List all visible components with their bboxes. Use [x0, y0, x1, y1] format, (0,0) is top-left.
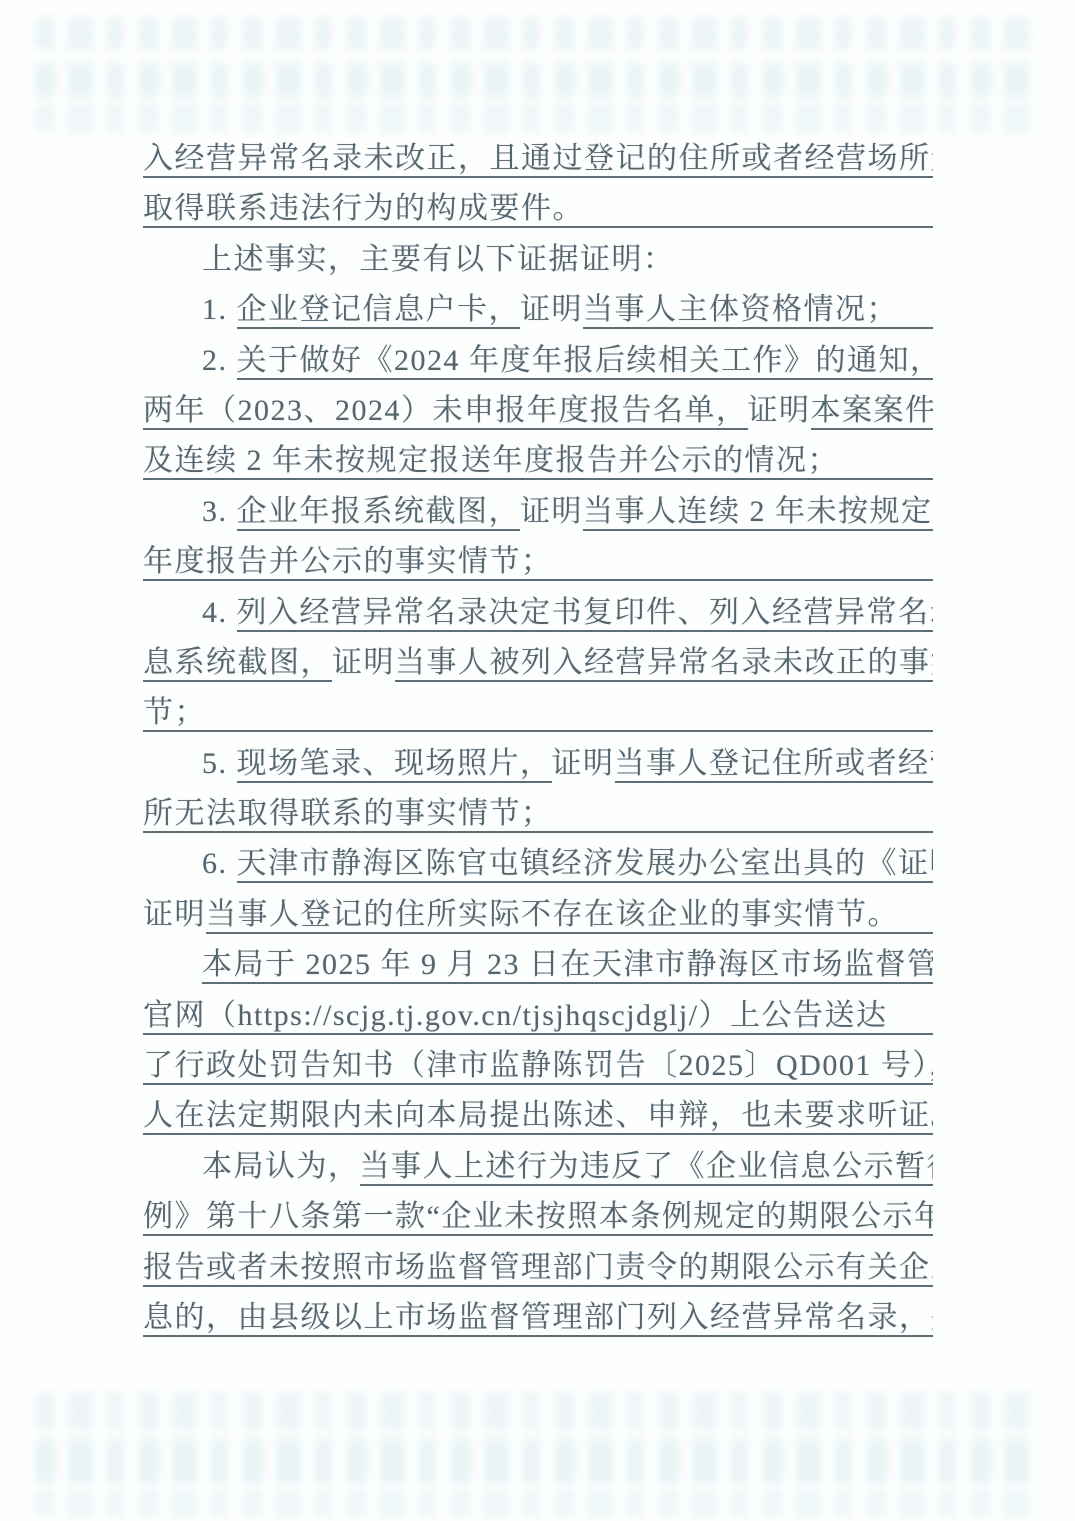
underlined-text-segment: 官网（https://scjg.tj.gov.cn/tjsjhqscjdglj/… [143, 997, 888, 1035]
text-line: 息的，由县级以上市场监督管理部门列入经营异常名录，并依 [143, 1299, 933, 1349]
ruled-line-fill [553, 543, 934, 581]
text-line: 年度报告并公示的事实情节； [143, 543, 933, 593]
text-line: 人在法定期限内未向本局提出陈述、申辩，也未要求听证。 [143, 1097, 933, 1147]
underlined-text-segment: 当事人主体资格情况； [583, 291, 898, 329]
underlined-text-segment: 例》第十八条第一款“企业未按照本条例规定的期限公示年度 [143, 1198, 933, 1236]
scanned-document-page: 入经营异常名录未改正，且通过登记的住所或者经营场所无法取得联系违法行为的构成要件… [0, 0, 1075, 1521]
text-line: 所无法取得联系的事实情节； [143, 795, 933, 845]
underlined-text-segment: 列入经营异常名录决定书复印件、列入经营异常名录信 [237, 594, 934, 632]
text-line: 及连续 2 年未按规定报送年度报告并公示的情况； [143, 442, 933, 492]
text-line: 本局认为，当事人上述行为违反了《企业信息公示暂行条 [143, 1148, 933, 1198]
text-line: 4. 列入经营异常名录决定书复印件、列入经营异常名录信 [143, 594, 933, 644]
ruled-line-fill [899, 896, 933, 934]
underlined-text-segment: 取得联系违法行为的构成要件。 [143, 190, 584, 228]
text-line: 例》第十八条第一款“企业未按照本条例规定的期限公示年度 [143, 1198, 933, 1248]
underlined-text-segment: 所无法取得联系的事实情节； [143, 795, 553, 833]
underlined-text-segment: 当事人连续 2 年未按规定报送 [583, 493, 933, 531]
bleed-through-row [35, 1490, 1040, 1516]
ruled-line-fill [553, 795, 934, 833]
text-segment: 证明 [143, 896, 206, 934]
underlined-text-segment: 当事人登记的住所实际不存在该企业的事实情节。 [206, 896, 899, 934]
bleed-through-row [35, 18, 1040, 50]
underlined-text-segment: 本局于 2025 年 9 月 23 日在天津市静海区市场监督管理局 [202, 946, 933, 984]
text-line: 两年（2023、2024）未申报年度报告名单，证明本案案件来源 [143, 392, 933, 442]
ruled-line-fill [839, 442, 933, 480]
bleed-through-row [35, 104, 1040, 132]
text-line: 入经营异常名录未改正，且通过登记的住所或者经营场所无法 [143, 140, 933, 190]
text-segment: 1. [202, 291, 237, 329]
underlined-text-segment: 报告或者未按照市场监督管理部门责令的期限公示有关企业信 [143, 1249, 933, 1287]
underlined-text-segment: 当事人上述行为违反了《企业信息公示暂行条 [360, 1148, 934, 1186]
ruled-line-fill [888, 997, 933, 1035]
text-line: 3. 企业年报系统截图，证明当事人连续 2 年未按规定报送 [143, 493, 933, 543]
ruled-line-fill [206, 694, 933, 732]
ruled-line-fill [898, 291, 933, 329]
underlined-text-segment: 天津市静海区陈官屯镇经济发展办公室出具的《证明》， [237, 845, 934, 883]
text-segment: 3. [202, 493, 237, 531]
underlined-text-segment: 当事人被列入经营异常名录未改正的事实情 [395, 644, 933, 682]
document-body: 入经营异常名录未改正，且通过登记的住所或者经营场所无法取得联系违法行为的构成要件… [143, 140, 933, 1349]
text-segment: 2. [202, 342, 237, 380]
text-line: 6. 天津市静海区陈官屯镇经济发展办公室出具的《证明》， [143, 845, 933, 895]
text-segment: 6. [202, 845, 237, 883]
text-line: 证明当事人登记的住所实际不存在该企业的事实情节。 [143, 896, 933, 946]
text-segment: 5. [202, 745, 237, 783]
text-segment: 证明 [520, 493, 583, 531]
underlined-text-segment: 息的，由县级以上市场监督管理部门列入经营异常名录，并依 [143, 1299, 933, 1337]
underlined-text-segment: 企业年报系统截图， [237, 493, 521, 531]
text-segment: 证明 [748, 392, 811, 430]
text-line: 2. 关于做好《2024 年度年报后续相关工作》的通知，连续 [143, 342, 933, 392]
underlined-text-segment: 了行政处罚告知书（津市监静陈罚告〔2025〕QD001 号），当事 [143, 1047, 933, 1085]
text-segment: 证明 [520, 291, 583, 329]
underlined-text-segment: 年度报告并公示的事实情节； [143, 543, 553, 581]
bleed-through-row [35, 62, 1040, 98]
underlined-text-segment: 及连续 2 年未按规定报送年度报告并公示的情况； [143, 442, 839, 480]
text-segment: 4. [202, 594, 237, 632]
text-segment: 证明 [332, 644, 395, 682]
underlined-text-segment: 本案案件来源 [811, 392, 934, 430]
text-line: 官网（https://scjg.tj.gov.cn/tjsjhqscjdglj/… [143, 997, 933, 1047]
underlined-text-segment: 关于做好《2024 年度年报后续相关工作》的通知，连续 [237, 342, 934, 380]
text-line: 5. 现场笔录、现场照片，证明当事人登记住所或者经营场 [143, 745, 933, 795]
underlined-text-segment: 现场笔录、现场照片， [237, 745, 552, 783]
underlined-text-segment: 当事人登记住所或者经营场 [615, 745, 934, 783]
text-line: 1. 企业登记信息户卡，证明当事人主体资格情况； [143, 291, 933, 341]
bleed-through-row [35, 1392, 1040, 1430]
underlined-text-segment: 入经营异常名录未改正，且通过登记的住所或者经营场所无法 [143, 140, 933, 178]
text-segment: 证明 [552, 745, 615, 783]
underlined-text-segment: 企业登记信息户卡， [237, 291, 521, 329]
underlined-text-segment: 人在法定期限内未向本局提出陈述、申辩，也未要求听证。 [143, 1097, 933, 1135]
text-line: 取得联系违法行为的构成要件。 [143, 190, 933, 240]
text-line: 息系统截图，证明当事人被列入经营异常名录未改正的事实情 [143, 644, 933, 694]
text-line: 了行政处罚告知书（津市监静陈罚告〔2025〕QD001 号），当事 [143, 1047, 933, 1097]
underlined-text-segment: 两年（2023、2024）未申报年度报告名单， [143, 392, 748, 430]
text-segment: 本局认为， [202, 1148, 360, 1186]
underlined-text-segment: 节； [143, 694, 206, 732]
text-line: 本局于 2025 年 9 月 23 日在天津市静海区市场监督管理局 [143, 946, 933, 996]
ruled-line-fill [584, 190, 933, 228]
underlined-text-segment: 息系统截图， [143, 644, 332, 682]
text-line: 报告或者未按照市场监督管理部门责令的期限公示有关企业信 [143, 1249, 933, 1299]
text-line: 节； [143, 694, 933, 744]
bleed-through-row [35, 1438, 1040, 1484]
text-line: 上述事实，主要有以下证据证明： [143, 241, 933, 291]
text-segment: 上述事实，主要有以下证据证明： [202, 241, 675, 279]
